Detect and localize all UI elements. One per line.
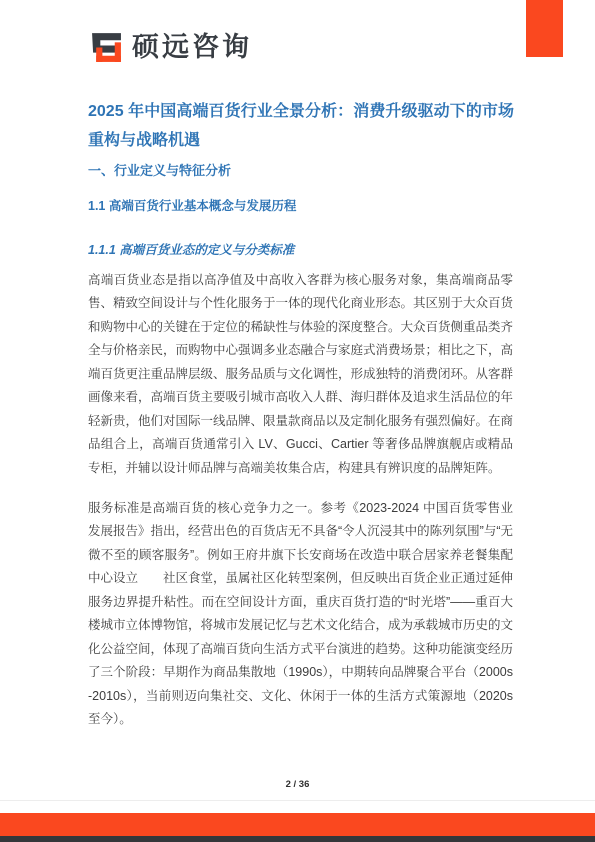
section-heading: 一、行业定义与特征分析 bbox=[88, 162, 514, 179]
brand-logo-text: 硕远咨询 bbox=[132, 31, 252, 64]
shuoyuan-logo-icon bbox=[90, 31, 123, 64]
subsubsection-heading: 1.1.1 高端百货业态的定义与分类标准 bbox=[88, 242, 514, 259]
footer-divider bbox=[0, 800, 595, 801]
page-number-indicator: 2 / 36 bbox=[0, 779, 595, 790]
body-paragraph: 服务标准是高端百货的核心竞争力之一。参考《2023-2024 中国百货零售业发展… bbox=[88, 497, 513, 732]
brand-logo: 硕远咨询 bbox=[90, 31, 252, 64]
subsection-heading: 1.1 高端百货行业基本概念与发展历程 bbox=[88, 198, 514, 215]
corner-accent-rectangle bbox=[526, 0, 563, 57]
report-page: 硕远咨询 2025 年中国高端百货行业全景分析：消费升级驱动下的市场重构与战略机… bbox=[0, 0, 595, 842]
footer-orange-bar bbox=[0, 813, 595, 836]
report-title: 2025 年中国高端百货行业全景分析：消费升级驱动下的市场重构与战略机遇 bbox=[88, 97, 514, 155]
footer-dark-bar bbox=[0, 836, 595, 842]
body-paragraph: 高端百货业态是指以高净值及中高收入客群为核心服务对象，集高端商品零售、精致空间设… bbox=[88, 269, 513, 481]
